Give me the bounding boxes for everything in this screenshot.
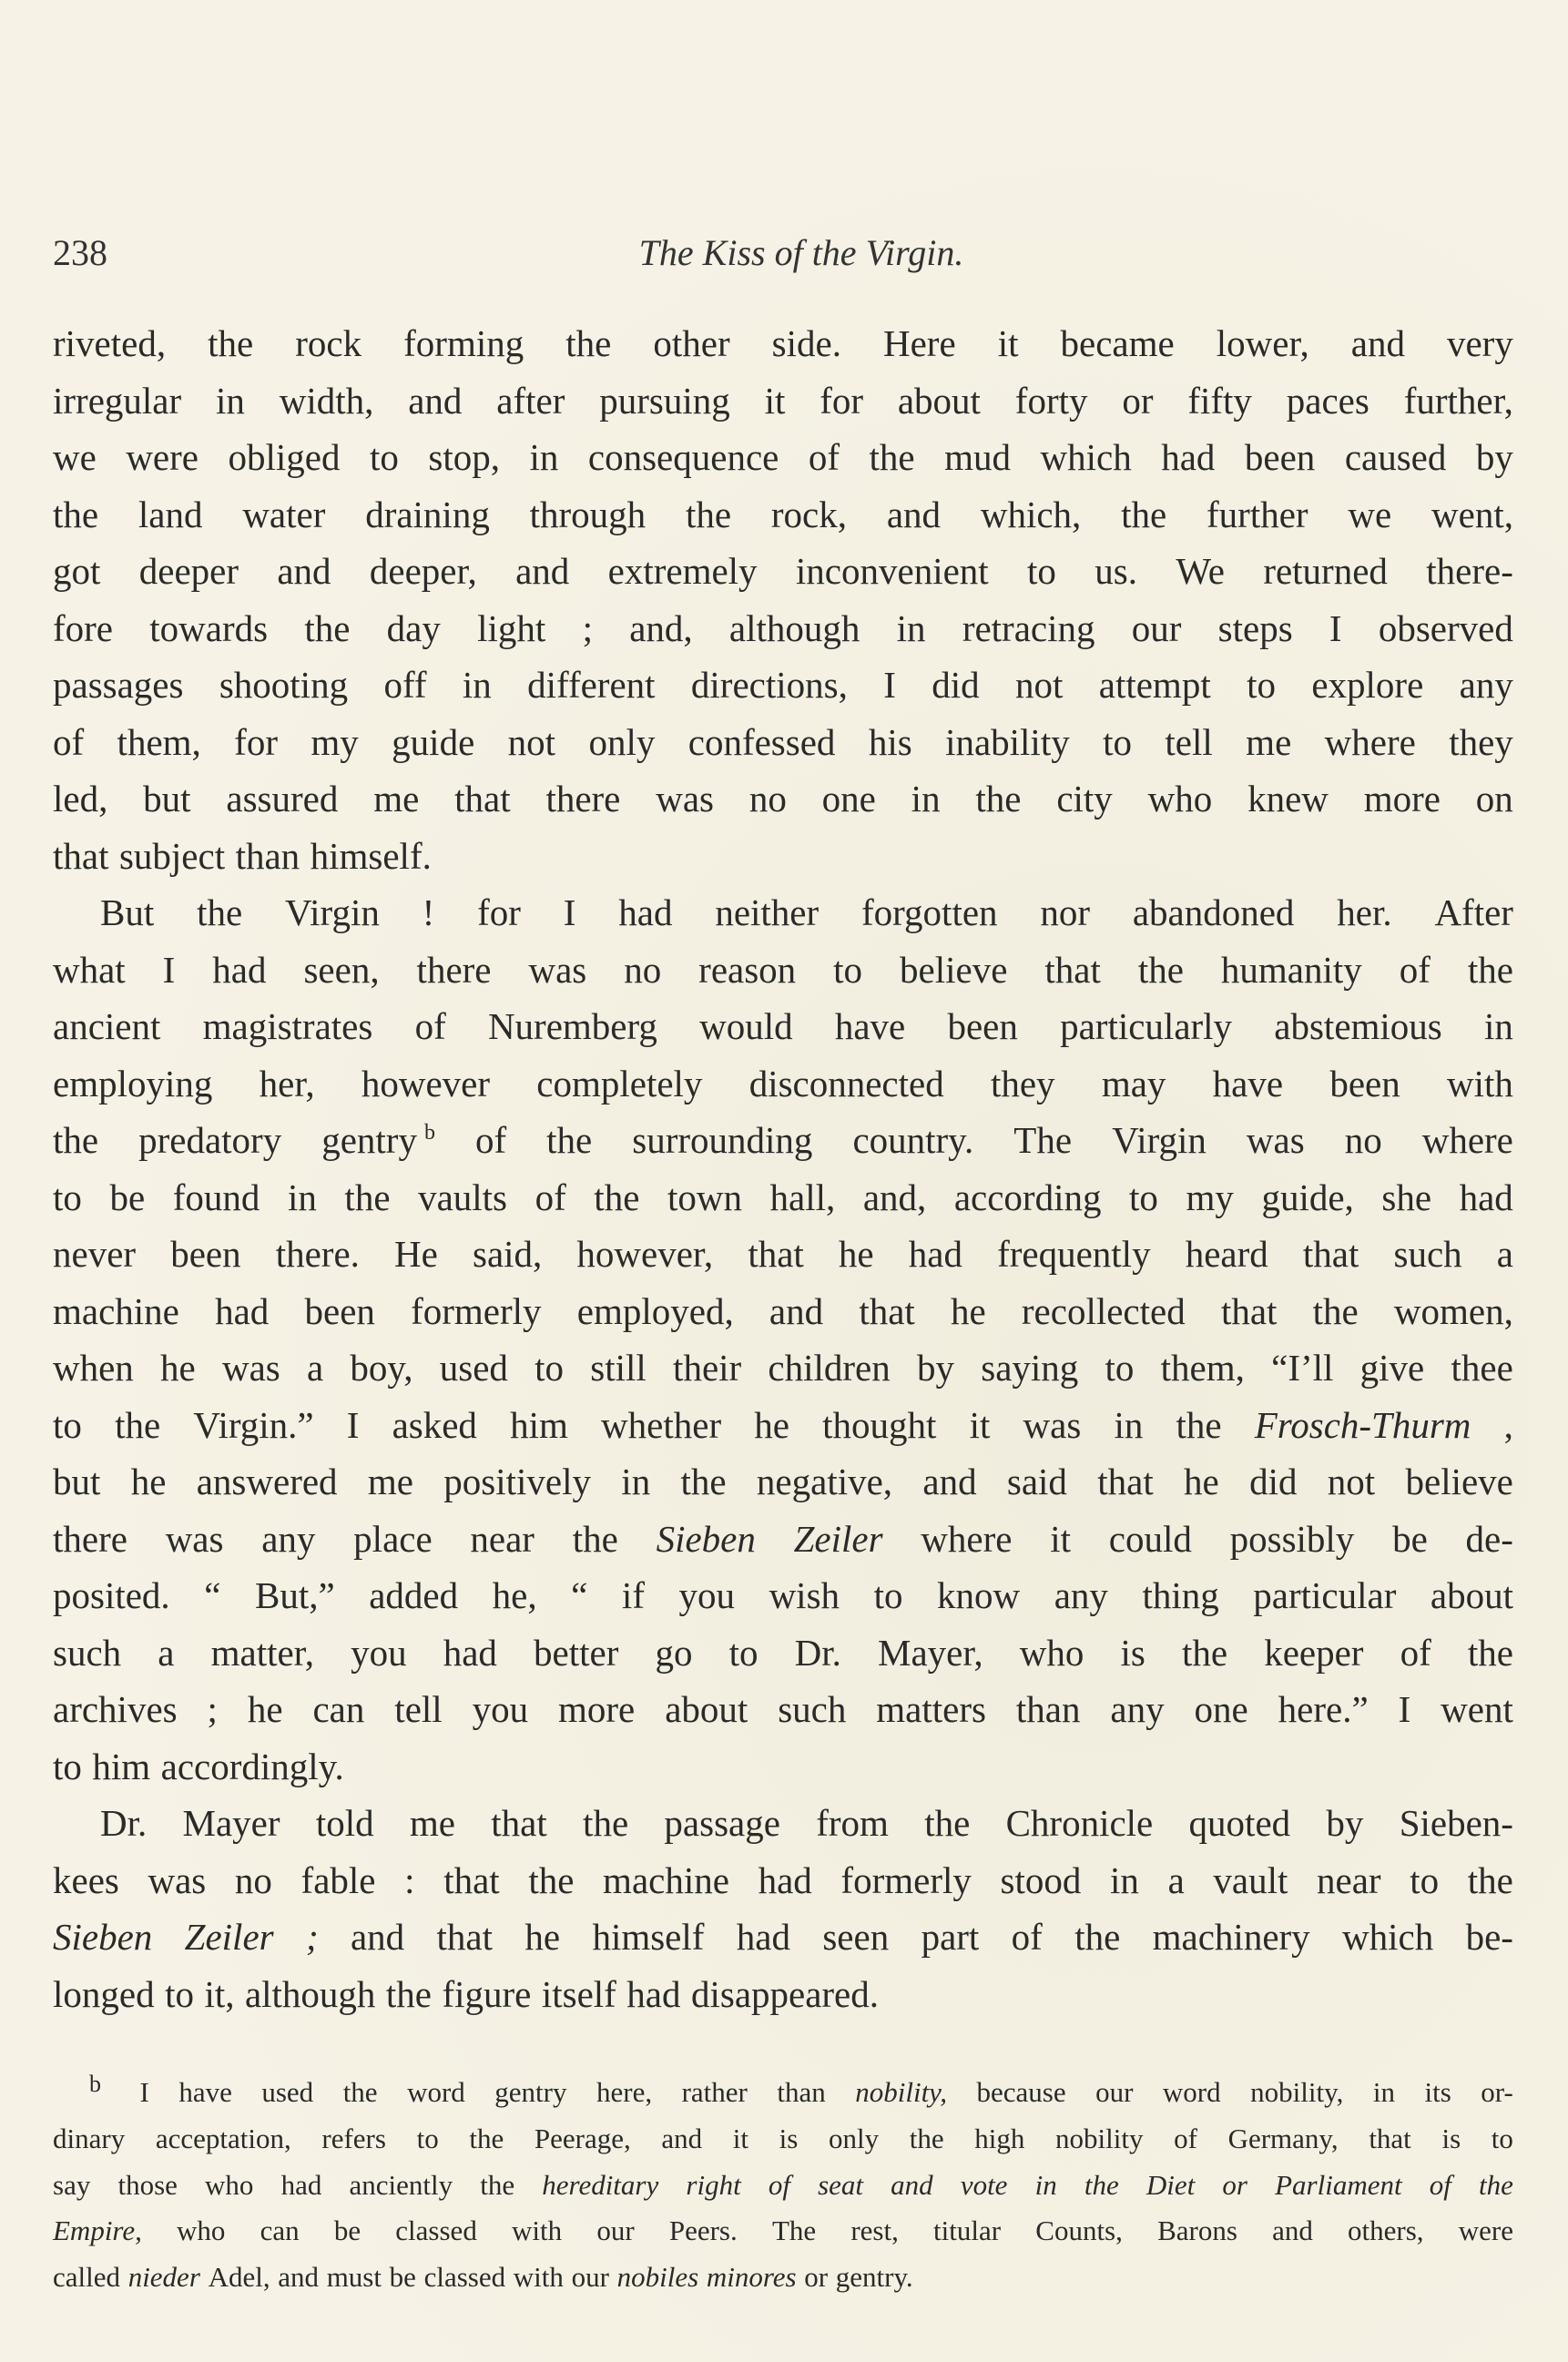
word: part bbox=[921, 1909, 980, 1966]
word: thing bbox=[1142, 1567, 1218, 1624]
word: assured bbox=[226, 770, 338, 828]
text-line: riveted,therockformingtheotherside.Herei… bbox=[53, 315, 1513, 372]
word: had bbox=[759, 1852, 812, 1909]
word: believe bbox=[1406, 1453, 1513, 1511]
word: Here bbox=[883, 315, 956, 372]
word: was bbox=[528, 942, 586, 999]
word: place bbox=[353, 1511, 432, 1568]
word: word bbox=[407, 2070, 465, 2116]
text-line: calledniederAdel,andmustbeclassedwithour… bbox=[53, 2255, 1513, 2301]
word: the bbox=[1468, 942, 1513, 999]
word: did bbox=[932, 657, 979, 714]
word: although bbox=[729, 600, 860, 657]
word: we bbox=[53, 429, 97, 486]
word: ! bbox=[423, 884, 435, 942]
word: and bbox=[1272, 2208, 1313, 2255]
word: day bbox=[387, 600, 441, 657]
word: here, bbox=[596, 2070, 652, 2116]
word: and bbox=[408, 372, 462, 430]
word: but bbox=[143, 770, 190, 828]
word: steps bbox=[1218, 600, 1293, 657]
word: or- bbox=[1481, 2070, 1513, 2116]
word: of bbox=[1012, 1909, 1043, 1966]
word: I bbox=[564, 884, 576, 942]
word: We bbox=[1176, 543, 1225, 600]
word: been bbox=[947, 998, 1017, 1055]
word: and bbox=[661, 2116, 702, 2163]
word: the bbox=[1084, 2163, 1119, 2209]
word: who bbox=[1148, 770, 1213, 828]
word: became bbox=[1061, 315, 1175, 372]
word: went bbox=[1441, 1681, 1513, 1738]
text-line: SiebenZeiler;andthathehimselfhadseenpart… bbox=[53, 1909, 1513, 1966]
word: rock, bbox=[771, 486, 847, 544]
word: was bbox=[656, 770, 714, 828]
word: to bbox=[370, 429, 399, 486]
word: the bbox=[975, 770, 1021, 828]
word: high bbox=[974, 2116, 1024, 2163]
word: negative, bbox=[757, 1453, 892, 1511]
word: him bbox=[92, 1738, 150, 1796]
word: only bbox=[829, 2116, 879, 2163]
word: a bbox=[158, 1624, 174, 1682]
word: the bbox=[1138, 942, 1184, 999]
word: and bbox=[887, 486, 941, 544]
word: had bbox=[737, 1909, 790, 1966]
word: you bbox=[351, 1624, 407, 1682]
word: we bbox=[1348, 486, 1391, 544]
word: than bbox=[236, 828, 300, 885]
word: he bbox=[131, 1453, 167, 1511]
word: be bbox=[1392, 1511, 1428, 1568]
word: Sieben bbox=[657, 1511, 756, 1568]
word: off bbox=[383, 657, 426, 714]
word: ; bbox=[583, 600, 593, 657]
footnote-marker: b bbox=[89, 2071, 101, 2097]
word: possibly bbox=[1230, 1511, 1355, 1568]
word: say bbox=[53, 2163, 90, 2209]
word: to bbox=[1492, 2116, 1513, 2163]
word: I bbox=[883, 657, 896, 714]
word: the bbox=[681, 1453, 727, 1511]
word: to bbox=[535, 1339, 564, 1397]
word: the bbox=[1468, 1852, 1513, 1909]
word: the bbox=[573, 1511, 618, 1568]
word: that bbox=[1044, 942, 1100, 999]
word: itself bbox=[542, 1966, 616, 2023]
word: to bbox=[1027, 543, 1056, 600]
word: a bbox=[1497, 1226, 1513, 1283]
word: of bbox=[1400, 1624, 1431, 1682]
word: Germany, bbox=[1228, 2116, 1339, 2163]
word: the bbox=[594, 1169, 639, 1227]
word: matter, bbox=[211, 1624, 314, 1682]
word: matters bbox=[876, 1681, 986, 1738]
word: : bbox=[404, 1852, 414, 1909]
word: machine bbox=[53, 1283, 179, 1340]
word: the bbox=[208, 315, 253, 372]
word: through bbox=[530, 486, 647, 544]
word: ; bbox=[208, 1681, 218, 1738]
word: width, bbox=[280, 372, 374, 430]
word: rest, bbox=[850, 2208, 899, 2255]
word: my bbox=[1186, 1169, 1234, 1227]
word: the bbox=[870, 429, 915, 486]
word: with bbox=[1447, 1055, 1513, 1113]
word: women, bbox=[1394, 1283, 1513, 1340]
word: the bbox=[304, 600, 350, 657]
word: , bbox=[1504, 1397, 1513, 1454]
word: further bbox=[1207, 486, 1308, 544]
word: such bbox=[53, 1624, 121, 1682]
word: vote bbox=[961, 2163, 1008, 2209]
word: the bbox=[1479, 2163, 1513, 2209]
text-line: Empire,whocanbeclassedwithourPeers.There… bbox=[53, 2208, 1513, 2255]
word: the bbox=[197, 884, 242, 942]
text-line: dinaryacceptation,referstothePeerage,and… bbox=[53, 2116, 1513, 2163]
word: or bbox=[1122, 372, 1153, 430]
text-line: ofthem,formyguidenotonlyconfessedhisinab… bbox=[53, 714, 1513, 771]
word: “I’ll bbox=[1271, 1339, 1333, 1397]
word: particularly bbox=[1060, 998, 1232, 1055]
word: to bbox=[53, 1397, 82, 1454]
word: that bbox=[1097, 1453, 1153, 1511]
word: gentry. bbox=[836, 2255, 913, 2301]
word: that bbox=[53, 828, 108, 885]
word: in bbox=[529, 429, 558, 486]
word: Zeiler bbox=[185, 1909, 274, 1966]
word: fable bbox=[301, 1852, 376, 1909]
word: me bbox=[368, 1453, 413, 1511]
word: Parliament bbox=[1275, 2163, 1402, 2209]
word: than bbox=[1016, 1681, 1081, 1738]
text-line: Dr.MayertoldmethatthepassagefromtheChron… bbox=[53, 1795, 1513, 1852]
word: on bbox=[1476, 770, 1513, 828]
word: was bbox=[1023, 1397, 1082, 1454]
text-line: tohimaccordingly. bbox=[53, 1738, 1513, 1796]
word: he bbox=[524, 1909, 560, 1966]
word: deeper bbox=[139, 543, 239, 600]
word: Virgin bbox=[1112, 1112, 1207, 1169]
word: than bbox=[777, 2070, 825, 2116]
word: which bbox=[1041, 429, 1132, 486]
word: shooting bbox=[219, 657, 348, 714]
word: that bbox=[859, 1283, 914, 1340]
word: me bbox=[410, 1795, 455, 1852]
word: added bbox=[369, 1567, 458, 1624]
word: riveted, bbox=[53, 315, 166, 372]
word: the bbox=[924, 1795, 970, 1852]
word: it bbox=[733, 2116, 748, 2163]
word: our bbox=[1132, 600, 1182, 657]
word: where bbox=[1422, 1112, 1513, 1169]
word: deeper, bbox=[370, 543, 477, 600]
word: “ bbox=[571, 1567, 587, 1624]
word: no bbox=[1345, 1112, 1382, 1169]
word: directions, bbox=[691, 657, 848, 714]
word: But bbox=[100, 884, 154, 942]
word: who bbox=[1020, 1624, 1084, 1682]
word: with bbox=[514, 2255, 564, 2301]
word: about bbox=[898, 372, 981, 430]
word: give bbox=[1360, 1339, 1425, 1397]
word: mud bbox=[944, 429, 1011, 486]
word: hall, bbox=[770, 1169, 836, 1227]
word: the bbox=[115, 1397, 160, 1454]
word: rock bbox=[295, 315, 361, 372]
word: reason bbox=[698, 942, 796, 999]
word: him bbox=[510, 1397, 568, 1454]
word: had bbox=[618, 884, 672, 942]
word: in bbox=[1373, 2070, 1395, 2116]
word: asked bbox=[392, 1397, 477, 1454]
word: attempt bbox=[1099, 657, 1211, 714]
word: refers bbox=[321, 2116, 386, 2163]
word: to bbox=[1105, 1339, 1135, 1397]
word: Empire, bbox=[53, 2208, 142, 2255]
word: called bbox=[53, 2255, 120, 2301]
word: and, bbox=[629, 600, 692, 657]
word: it bbox=[1050, 1511, 1071, 1568]
word: in bbox=[288, 1169, 317, 1227]
word: guide bbox=[392, 714, 474, 771]
word: was bbox=[222, 1339, 280, 1397]
word: paces bbox=[1287, 372, 1369, 430]
word: He bbox=[394, 1226, 438, 1283]
word: in bbox=[1484, 998, 1513, 1055]
word: extremely bbox=[608, 543, 758, 600]
word: got bbox=[53, 543, 100, 600]
word: no bbox=[749, 770, 787, 828]
word: pursuing bbox=[599, 372, 730, 430]
word: observed bbox=[1379, 600, 1513, 657]
word: I bbox=[1329, 600, 1342, 657]
word: confessed bbox=[688, 714, 836, 771]
word: which bbox=[1342, 1909, 1433, 1966]
word: there- bbox=[1426, 543, 1513, 600]
word: frequently bbox=[997, 1226, 1150, 1283]
text-line: thelandwaterdrainingthroughtherock,andwh… bbox=[53, 486, 1513, 544]
word: not bbox=[508, 714, 555, 771]
word: for bbox=[234, 714, 278, 771]
word: been bbox=[1245, 429, 1315, 486]
word: that bbox=[1369, 2116, 1411, 2163]
word: Nuremberg bbox=[488, 998, 657, 1055]
word: of bbox=[535, 1169, 566, 1227]
word: near bbox=[470, 1511, 535, 1568]
word: and bbox=[351, 1909, 404, 1966]
text-line: suchamatter,youhadbettergotoDr.Mayer,who… bbox=[53, 1624, 1513, 1682]
word: to bbox=[729, 1624, 759, 1682]
word: stop, bbox=[428, 429, 500, 486]
word: light bbox=[477, 600, 545, 657]
word: not bbox=[1328, 1453, 1375, 1511]
word: disconnected bbox=[749, 1055, 944, 1113]
word: Dr. bbox=[795, 1624, 841, 1682]
word: the bbox=[686, 486, 731, 544]
word: in bbox=[621, 1453, 650, 1511]
word: in bbox=[911, 770, 941, 828]
word: tell bbox=[1165, 714, 1212, 771]
body-text: riveted,therockformingtheotherside.Herei… bbox=[53, 315, 1513, 2022]
word: were bbox=[1459, 2208, 1513, 2255]
word: be bbox=[109, 1169, 145, 1227]
word: and bbox=[515, 543, 569, 600]
word: archives bbox=[53, 1681, 178, 1738]
word: who bbox=[177, 2208, 225, 2255]
word: the bbox=[528, 1852, 574, 1909]
word: had bbox=[281, 2163, 322, 2209]
word: of bbox=[53, 714, 84, 771]
word: forgotten bbox=[861, 884, 998, 942]
text-line: led,butassuredmethattherewasnooneintheci… bbox=[53, 770, 1513, 828]
word: their bbox=[673, 1339, 741, 1397]
word: himself bbox=[592, 1909, 704, 1966]
word: word bbox=[1163, 2070, 1221, 2116]
word: can bbox=[312, 1681, 364, 1738]
word: said bbox=[1007, 1453, 1067, 1511]
footnote-section: bIhaveusedthewordgentryhere,ratherthanno… bbox=[53, 2070, 1513, 2301]
text-line: longedtoit,althoughthefigureitselfhaddis… bbox=[53, 1966, 1513, 2023]
text-line: ButtheVirgin!forIhadneitherforgottennora… bbox=[53, 884, 1513, 942]
word: had bbox=[215, 1283, 269, 1340]
word: believe bbox=[900, 942, 1007, 999]
word: I bbox=[1399, 1681, 1411, 1738]
word: city bbox=[1056, 770, 1112, 828]
word: although bbox=[245, 1966, 375, 2023]
word: to bbox=[53, 1169, 82, 1227]
word: and, bbox=[863, 1169, 926, 1227]
word: did bbox=[1249, 1453, 1297, 1511]
text-line: butheansweredmepositivelyinthenegative,a… bbox=[53, 1453, 1513, 1511]
word: go bbox=[656, 1624, 693, 1682]
word: seat bbox=[818, 2163, 863, 2209]
text-line: employingher,howevercompletelydisconnect… bbox=[53, 1055, 1513, 1113]
word: vaults bbox=[418, 1169, 507, 1227]
text-line: posited.“But,”addedhe,“ifyouwishtoknowan… bbox=[53, 1567, 1513, 1624]
text-line: foretowardsthedaylight;and,althoughinret… bbox=[53, 600, 1513, 657]
word: you bbox=[679, 1567, 736, 1624]
word: to bbox=[165, 1966, 194, 2023]
word: by bbox=[917, 1339, 954, 1397]
word: our bbox=[572, 2255, 609, 2301]
word: the bbox=[1468, 1624, 1513, 1682]
word: if bbox=[622, 1567, 645, 1624]
word: her, bbox=[260, 1055, 315, 1113]
word: accordingly. bbox=[161, 1738, 344, 1796]
word: rather bbox=[682, 2070, 748, 2116]
word: a bbox=[1168, 1852, 1185, 1909]
word: further, bbox=[1404, 372, 1513, 430]
word: still bbox=[590, 1339, 647, 1397]
word: consequence bbox=[588, 429, 779, 486]
word: gentry bbox=[494, 2070, 566, 2116]
word: The bbox=[772, 2208, 816, 2255]
word: nobility, bbox=[855, 2070, 947, 2116]
word: I bbox=[140, 2070, 149, 2116]
word: particular bbox=[1253, 1567, 1396, 1624]
word: because bbox=[976, 2070, 1065, 2116]
word: to bbox=[874, 1567, 903, 1624]
word: abstemious bbox=[1274, 998, 1441, 1055]
word: and bbox=[277, 543, 331, 600]
word: acceptation, bbox=[156, 2116, 291, 2163]
word: by bbox=[1476, 429, 1513, 486]
word: have bbox=[178, 2070, 232, 2116]
word: and bbox=[278, 2255, 319, 2301]
word: returned bbox=[1263, 543, 1388, 600]
word: went, bbox=[1431, 486, 1513, 544]
word: b bbox=[89, 2070, 110, 2116]
word: had bbox=[212, 942, 266, 999]
word: what bbox=[53, 942, 126, 999]
word: or bbox=[804, 2255, 828, 2301]
word: that bbox=[1303, 1226, 1359, 1283]
text-line: neverbeenthere.Hesaid,however,thathehadf… bbox=[53, 1226, 1513, 1283]
word: or bbox=[1222, 2163, 1247, 2209]
word: its bbox=[1424, 2070, 1451, 2116]
word: I bbox=[347, 1397, 360, 1454]
word: to bbox=[833, 942, 862, 999]
word: the bbox=[480, 2163, 514, 2209]
word: guide, bbox=[1261, 1169, 1353, 1227]
word: posited. bbox=[53, 1567, 170, 1624]
word: the bbox=[343, 2070, 378, 2116]
word: I bbox=[163, 942, 176, 999]
text-line: saythosewhohadancientlythehereditaryrigh… bbox=[53, 2163, 1513, 2209]
word: of bbox=[415, 998, 446, 1055]
word: of bbox=[809, 429, 840, 486]
word: others, bbox=[1348, 2208, 1424, 2255]
word: any bbox=[1110, 1681, 1164, 1738]
word: fifty bbox=[1187, 372, 1252, 430]
word: explore bbox=[1311, 657, 1423, 714]
word: the bbox=[344, 1169, 390, 1227]
word: with bbox=[512, 2208, 562, 2255]
word: used bbox=[440, 1339, 508, 1397]
word: side. bbox=[772, 315, 841, 372]
word: Sieben- bbox=[1400, 1795, 1513, 1852]
text-line: wewereobligedtostop,inconsequenceofthemu… bbox=[53, 429, 1513, 486]
word: and bbox=[891, 2163, 933, 2209]
word: he bbox=[248, 1681, 283, 1738]
text-line: passagesshootingoffindifferentdirections… bbox=[53, 657, 1513, 714]
word: more bbox=[1364, 770, 1441, 828]
word: very bbox=[1447, 315, 1513, 372]
word: nobility, bbox=[1250, 2070, 1343, 2116]
word: to bbox=[53, 1738, 82, 1796]
word: the bbox=[583, 1795, 628, 1852]
word: after bbox=[496, 372, 565, 430]
word: irregular bbox=[53, 372, 181, 430]
word: keeper bbox=[1264, 1624, 1363, 1682]
word: stood bbox=[1001, 1852, 1082, 1909]
word: titular bbox=[933, 2208, 1001, 2255]
word: had bbox=[626, 1966, 680, 2023]
word: said, bbox=[473, 1226, 542, 1283]
word: he bbox=[951, 1283, 986, 1340]
word: for bbox=[477, 884, 521, 942]
word: towards bbox=[149, 600, 268, 657]
word: knew bbox=[1247, 770, 1329, 828]
word: dinary bbox=[53, 2116, 125, 2163]
word: formerly bbox=[840, 1852, 971, 1909]
word: Virgin.” bbox=[193, 1397, 313, 1454]
word: there bbox=[545, 770, 620, 828]
word: about bbox=[665, 1681, 748, 1738]
word: Sieben bbox=[53, 1909, 152, 1966]
word: she bbox=[1381, 1169, 1431, 1227]
